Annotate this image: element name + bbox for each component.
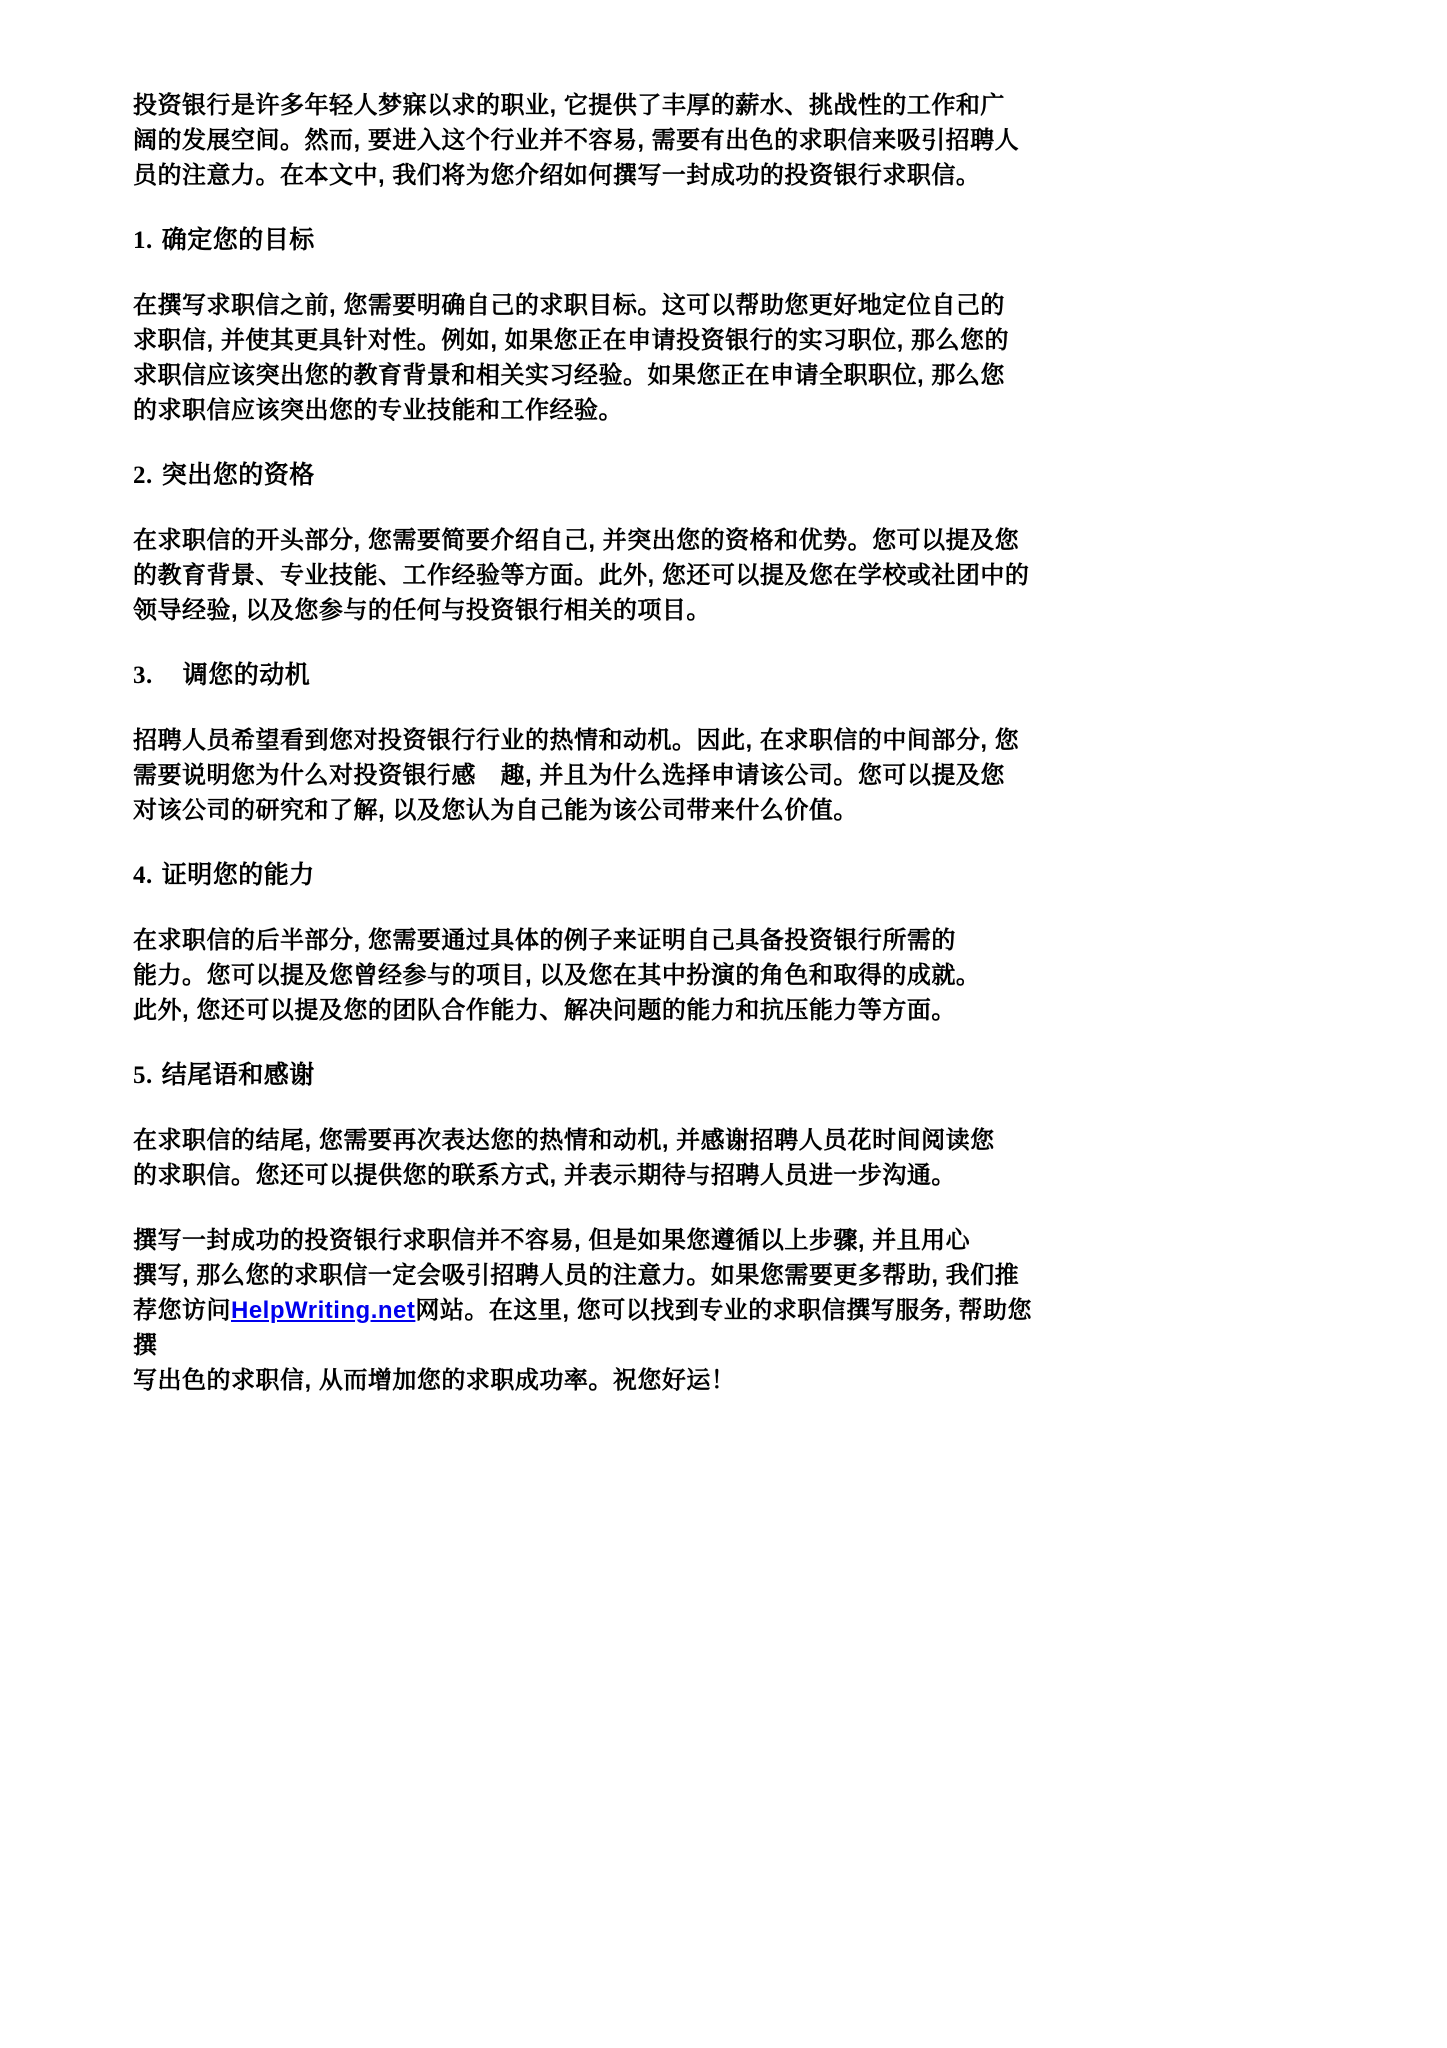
document-content: 投资银行是许多年轻人梦寐以求的职业, 它提供了丰厚的薪水、挑战性的工作和广 阔的… (133, 88, 1053, 1398)
section-1-heading: 1.确定您的目标 (133, 223, 1053, 258)
section-5-heading: 5.结尾语和感谢 (133, 1058, 1053, 1093)
section-1-title: 确定您的目标 (162, 226, 315, 254)
section-1-paragraph: 在撰写求职信之前, 您需要明确自己的求职目标。这可以帮助您更好地定位自己的 求职… (133, 288, 1053, 428)
section-4-heading: 4.证明您的能力 (133, 858, 1053, 893)
section-2-paragraph: 在求职信的开头部分, 您需要简要介绍自己, 并突出您的资格和优势。您可以提及您 … (133, 523, 1053, 628)
section-4-number: 4. (133, 862, 153, 889)
section-5-paragraph: 在求职信的结尾, 您需要再次表达您的热情和动机, 并感谢招聘人员花时间阅读您 的… (133, 1123, 1053, 1193)
section-2-number: 2. (133, 462, 153, 489)
intro-paragraph: 投资银行是许多年轻人梦寐以求的职业, 它提供了丰厚的薪水、挑战性的工作和广 阔的… (133, 88, 1053, 193)
section-3-heading: 3.调您的动机 (133, 658, 1053, 693)
section-4-paragraph: 在求职信的后半部分, 您需要通过具体的例子来证明自己具备投资银行所需的 能力。您… (133, 923, 1053, 1028)
section-5-number: 5. (133, 1062, 153, 1089)
document-page: 投资银行是许多年轻人梦寐以求的职业, 它提供了丰厚的薪水、挑战性的工作和广 阔的… (0, 0, 1447, 2048)
section-3-paragraph: 招聘人员希望看到您对投资银行行业的热情和动机。因此, 在求职信的中间部分, 您 … (133, 723, 1053, 828)
closing-paragraph: 撰写一封成功的投资银行求职信并不容易, 但是如果您遵循以上步骤, 并且用心 撰写… (133, 1223, 1053, 1398)
section-5-title: 结尾语和感谢 (162, 1061, 315, 1089)
section-4-title: 证明您的能力 (162, 861, 315, 889)
section-2-heading: 2.突出您的资格 (133, 458, 1053, 493)
section-3-number: 3. (133, 662, 153, 689)
section-3-title: 调您的动机 (183, 661, 311, 689)
helpwriting-link[interactable]: HelpWriting.net (231, 1297, 415, 1324)
section-2-title: 突出您的资格 (162, 461, 315, 489)
section-1-number: 1. (133, 227, 153, 254)
